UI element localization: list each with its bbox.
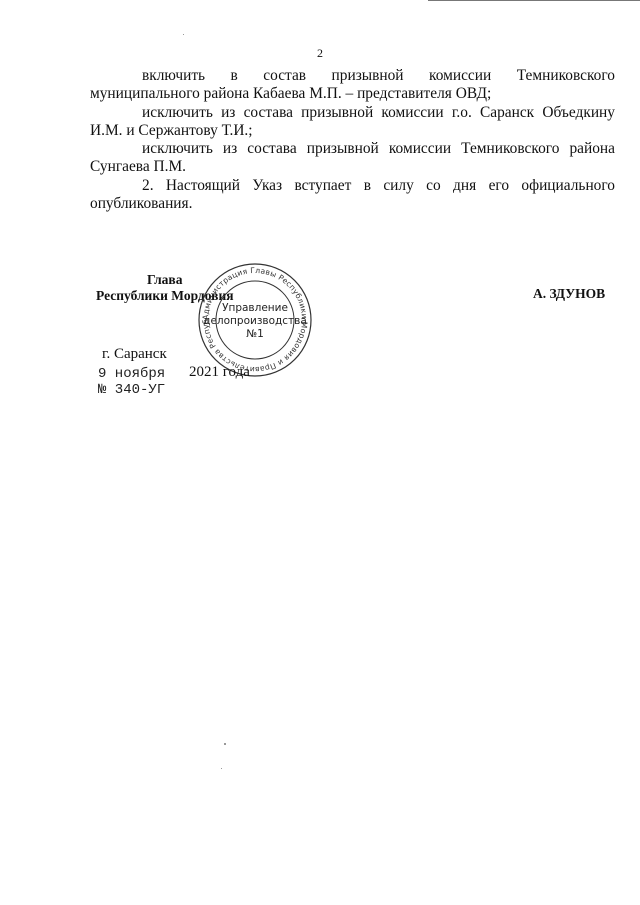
scan-speck (224, 743, 226, 745)
issue-place: г. Саранск (102, 346, 167, 363)
scan-edge-line (428, 0, 640, 1)
paragraph-effective-date: 2. Настоящий Указ вступает в силу со дня… (90, 177, 615, 214)
decree-body: включить в состав призывной комиссии Тем… (90, 67, 615, 213)
stamp-line3: №1 (197, 328, 313, 341)
paragraph-exclude-saransk: исключить из состава призывной комиссии … (90, 104, 615, 141)
signatory-name: А. ЗДУНОВ (533, 286, 605, 302)
official-stamp: Администрация Главы Республики Мордовия … (197, 262, 313, 378)
decree-number: № 340-УГ (98, 382, 165, 398)
stamp-line1: Управление (197, 302, 313, 315)
paragraph-exclude-sungaev: исключить из состава призывной комиссии … (90, 140, 615, 177)
stamp-line2: делопроизводства (197, 315, 313, 328)
stamp-center-text: Управление делопроизводства №1 (197, 302, 313, 341)
paragraph-include-kabaev: включить в состав призывной комиссии Тем… (90, 67, 615, 104)
page-number: 2 (0, 46, 640, 61)
document-page: 2 включить в состав призывной комиссии Т… (0, 0, 640, 905)
issue-date-day-month: 9 ноября (98, 366, 165, 382)
issue-date-year: 2021 года (189, 364, 250, 381)
scan-speck (221, 768, 222, 769)
scan-speck (183, 34, 184, 35)
